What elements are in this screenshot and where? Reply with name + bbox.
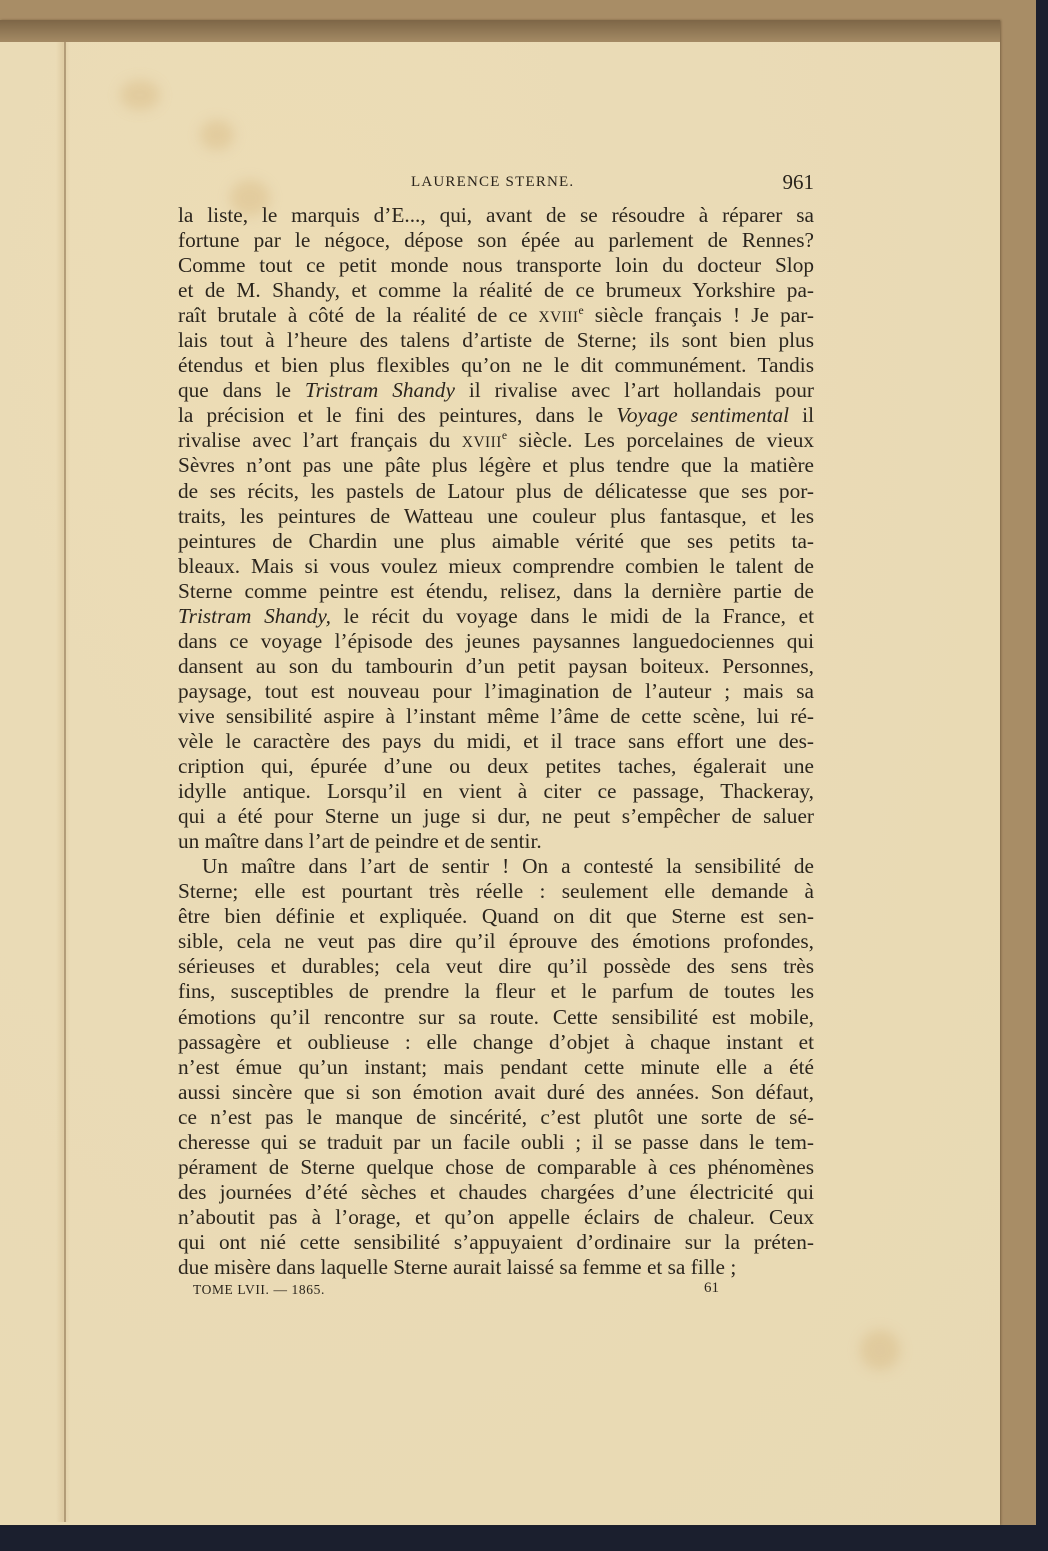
running-head: LAURENCE STERNE. 961 xyxy=(178,170,814,194)
text-line: cription qui, épurée d’une ou deux petit… xyxy=(178,754,814,779)
line-text: idylle antique. Lorsqu’il en vient à cit… xyxy=(178,779,814,803)
line-text: vive sensibilité aspire à l’instant même… xyxy=(178,704,814,728)
text-line: émotions qu’il rencontre sur sa route. C… xyxy=(178,1005,814,1030)
italic-title: Voyage sentimental xyxy=(616,403,789,427)
text-line: dans ce voyage l’épisode des jeunes pays… xyxy=(178,629,814,654)
line-text: la précision et le fini des peintures, d… xyxy=(178,403,616,427)
line-text: sérieuses et durables; cela veut dire qu… xyxy=(178,954,814,978)
line-text: due misère dans laquelle Sterne aurait l… xyxy=(178,1255,736,1279)
line-text: fins, susceptibles de prendre la fleur e… xyxy=(178,979,814,1003)
running-title: LAURENCE STERNE. xyxy=(411,174,574,191)
text-line: de ses récits, les pastels de Latour plu… xyxy=(178,479,814,504)
line-text: un maître dans l’art de peindre et de se… xyxy=(178,829,542,853)
line-text: être bien définie et expliquée. Quand on… xyxy=(178,904,814,928)
text-line: fins, susceptibles de prendre la fleur e… xyxy=(178,979,814,1004)
line-text: cription qui, épurée d’une ou deux petit… xyxy=(178,754,814,778)
text-line: la liste, le marquis d’E..., qui, avant … xyxy=(178,203,814,228)
line-text: que dans le xyxy=(178,378,305,402)
text-line: vèle le caractère des pays du midi, et i… xyxy=(178,729,814,754)
text-line: qui a été pour Sterne un juge si dur, ne… xyxy=(178,804,814,829)
line-text: sible, cela ne veut pas dire qu’il éprou… xyxy=(178,929,814,953)
line-text: des journées d’été sèches et chaudes cha… xyxy=(178,1180,814,1204)
foxing-stain xyxy=(200,120,234,150)
line-text: fortune par le négoce, dépose son épée a… xyxy=(178,228,814,252)
foxing-stain xyxy=(120,80,160,110)
text-line: Un maître dans l’art de sentir ! On a co… xyxy=(178,854,814,879)
text-line: étendus et bien plus flexibles qu’on ne … xyxy=(178,353,814,378)
text-line: qui ont nié cette sensibilité s’appuyaie… xyxy=(178,1230,814,1255)
text-line: passagère et oublieuse : elle change d’o… xyxy=(178,1030,814,1055)
text-line: dansent au son du tambourin d’un petit p… xyxy=(178,654,814,679)
italic-title: Tristram Shandy, xyxy=(178,604,331,628)
text-line: pérament de Sterne quelque chose de comp… xyxy=(178,1155,814,1180)
text-line: que dans le Tristram Shandy il rivalise … xyxy=(178,378,814,403)
line-text: vèle le caractère des pays du midi, et i… xyxy=(178,729,814,753)
line-text: ce n’est pas le manque de sincérité, c’e… xyxy=(178,1105,814,1129)
line-text: siècle. Les porcelaines de vieux xyxy=(507,428,814,452)
text-line: lais tout à l’heure des talens d’artiste… xyxy=(178,328,814,353)
text-line: Sterne; elle est pourtant très réelle : … xyxy=(178,879,814,904)
line-text: rivalise avec l’art français du xyxy=(178,428,462,452)
text-line: peintures de Chardin une plus aimable vé… xyxy=(178,529,814,554)
line-text: siècle français ! Je par- xyxy=(584,303,814,327)
foxing-stain xyxy=(860,1330,900,1370)
binding-fold-line xyxy=(64,42,66,1522)
text-line: raît brutale à côté de la réalité de ce … xyxy=(178,303,814,328)
line-text: le récit du voyage dans le midi de la Fr… xyxy=(331,604,814,628)
text-line: n’est émue qu’un instant; mais pendant c… xyxy=(178,1055,814,1080)
text-line: due misère dans laquelle Sterne aurait l… xyxy=(178,1255,814,1280)
text-line: Sterne comme peintre est étendu, relisez… xyxy=(178,579,814,604)
text-line: ce n’est pas le manque de sincérité, c’e… xyxy=(178,1105,814,1130)
text-line: Comme tout ce petit monde nous transport… xyxy=(178,253,814,278)
line-text: paysage, tout est nouveau pour l’imagina… xyxy=(178,679,814,703)
line-text: il xyxy=(789,403,814,427)
line-text: traits, les peintures de Watteau une cou… xyxy=(178,504,814,528)
text-line: aussi sincère que si son émotion avait d… xyxy=(178,1080,814,1105)
line-text: Sterne comme peintre est étendu, relisez… xyxy=(178,579,814,603)
signature-mark: 61 xyxy=(704,1280,719,1297)
gutter-shadow xyxy=(56,42,70,1522)
line-text: Un maître dans l’art de sentir ! On a co… xyxy=(202,854,814,878)
line-text: cheresse qui se traduit par un facile ou… xyxy=(178,1130,814,1154)
text-line: la précision et le fini des peintures, d… xyxy=(178,403,814,428)
line-text: il rivalise avec l’art hollandais pour xyxy=(455,378,814,402)
text-line: être bien définie et expliquée. Quand on… xyxy=(178,904,814,929)
century-numeral: xviii xyxy=(462,434,502,451)
line-text: qui a été pour Sterne un juge si dur, ne… xyxy=(178,804,814,828)
text-line: des journées d’été sèches et chaudes cha… xyxy=(178,1180,814,1205)
line-text: passagère et oublieuse : elle change d’o… xyxy=(178,1030,814,1054)
text-line: cheresse qui se traduit par un facile ou… xyxy=(178,1130,814,1155)
line-text: aussi sincère que si son émotion avait d… xyxy=(178,1080,814,1104)
text-line: un maître dans l’art de peindre et de se… xyxy=(178,829,814,854)
text-line: vive sensibilité aspire à l’instant même… xyxy=(178,704,814,729)
line-text: de ses récits, les pastels de Latour plu… xyxy=(178,479,814,503)
page-footer: TOME LVII. — 1865. 61 xyxy=(178,1280,814,1300)
page-number: 961 xyxy=(783,170,815,195)
text-line: bleaux. Mais si vous voulez mieux compre… xyxy=(178,554,814,579)
line-text: raît brutale à côté de la réalité de ce xyxy=(178,303,539,327)
text-line: et de M. Shandy, et comme la réalité de … xyxy=(178,278,814,303)
text-line: idylle antique. Lorsqu’il en vient à cit… xyxy=(178,779,814,804)
line-text: Sterne; elle est pourtant très réelle : … xyxy=(178,879,814,903)
text-line: traits, les peintures de Watteau une cou… xyxy=(178,504,814,529)
line-text: étendus et bien plus flexibles qu’on ne … xyxy=(178,353,814,377)
line-text: et de M. Shandy, et comme la réalité de … xyxy=(178,278,814,302)
line-text: bleaux. Mais si vous voulez mieux compre… xyxy=(178,554,814,578)
text-line: fortune par le négoce, dépose son épée a… xyxy=(178,228,814,253)
italic-title: Tristram Shandy xyxy=(305,378,455,402)
text-line: paysage, tout est nouveau pour l’imagina… xyxy=(178,679,814,704)
line-text: dansent au son du tambourin d’un petit p… xyxy=(178,654,814,678)
line-text: peintures de Chardin une plus aimable vé… xyxy=(178,529,814,553)
line-text: n’est émue qu’un instant; mais pendant c… xyxy=(178,1055,814,1079)
line-text: pérament de Sterne quelque chose de comp… xyxy=(178,1155,814,1179)
line-text: émotions qu’il rencontre sur sa route. C… xyxy=(178,1005,814,1029)
page-top-edge xyxy=(0,20,1000,42)
text-line: Tristram Shandy, le récit du voyage dans… xyxy=(178,604,814,629)
line-text: la liste, le marquis d’E..., qui, avant … xyxy=(178,203,814,227)
text-line: sible, cela ne veut pas dire qu’il éprou… xyxy=(178,929,814,954)
century-numeral: xviii xyxy=(539,309,579,326)
line-text: dans ce voyage l’épisode des jeunes pays… xyxy=(178,629,814,653)
line-text: n’aboutit pas à l’orage, et qu’on appell… xyxy=(178,1205,814,1229)
volume-imprint: TOME LVII. — 1865. xyxy=(193,1282,325,1298)
line-text: lais tout à l’heure des talens d’artiste… xyxy=(178,328,814,352)
line-text: qui ont nié cette sensibilité s’appuyaie… xyxy=(178,1230,814,1254)
line-text: Sèvres n’ont pas une pâte plus légère et… xyxy=(178,453,814,477)
text-line: sérieuses et durables; cela veut dire qu… xyxy=(178,954,814,979)
text-line: Sèvres n’ont pas une pâte plus légère et… xyxy=(178,453,814,478)
body-text: la liste, le marquis d’E..., qui, avant … xyxy=(178,203,814,1280)
text-line: n’aboutit pas à l’orage, et qu’on appell… xyxy=(178,1205,814,1230)
line-text: Comme tout ce petit monde nous transport… xyxy=(178,253,814,277)
text-line: rivalise avec l’art français du xviiie s… xyxy=(178,428,814,453)
